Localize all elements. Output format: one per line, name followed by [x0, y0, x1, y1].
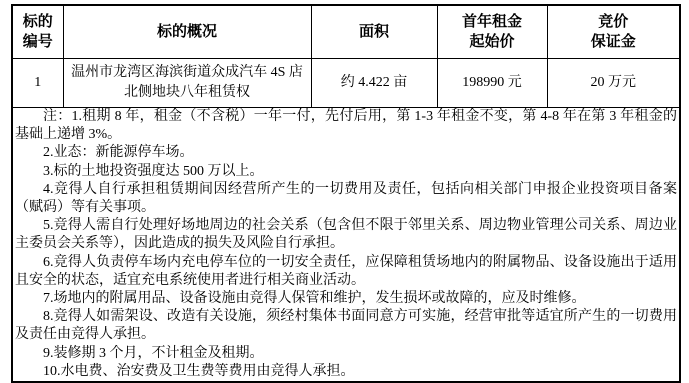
note-item-3: 3.标的土地投资强度达 500 万以上。 [15, 163, 677, 181]
col-header-first-year-rent-line1: 首年租金 [440, 12, 545, 32]
notes-row: 注：1.租期 8 年，租金（不含税）一年一付，先付后用，第 1-3 年租金不变，… [12, 108, 680, 383]
col-header-bid-deposit-line2: 保证金 [550, 32, 678, 52]
col-header-subject-id-line2: 编号 [15, 32, 61, 52]
col-header-area: 面积 [311, 5, 437, 59]
col-header-bid-deposit: 竞价 保证金 [547, 5, 680, 59]
note-item-5: 5.竞得人需自行处理好场地周边的社会关系（包含但不限于邻里关系、周边物业管理公司… [15, 217, 677, 253]
note-item-9: 9.装修期 3 个月，不计租金及租期。 [15, 345, 677, 363]
cell-area: 约 4.422 亩 [311, 59, 437, 108]
notes-section: 注：1.租期 8 年，租金（不含税）一年一付，先付后用，第 1-3 年租金不变，… [12, 108, 680, 383]
note-item-4: 4.竞得人自行承担租赁期间因经营所产生的一切费用及责任，包括向相关部门申报企业投… [15, 181, 677, 217]
cell-overview: 温州市龙湾区海滨街道众成汽车 4S 店 北侧地块八年租赁权 [63, 59, 311, 108]
col-header-first-year-rent-line2: 起始价 [440, 32, 545, 52]
cell-overview-line1: 温州市龙湾区海滨街道众成汽车 4S 店 [66, 63, 309, 83]
note-item-1: 注：1.租期 8 年，租金（不含税）一年一付，先付后用，第 1-3 年租金不变，… [15, 108, 677, 144]
table-row: 1 温州市龙湾区海滨街道众成汽车 4S 店 北侧地块八年租赁权 约 4.422 … [12, 59, 680, 108]
cell-bid-deposit: 20 万元 [547, 59, 680, 108]
col-header-overview: 标的概况 [63, 5, 311, 59]
col-header-subject-id-line1: 标的 [15, 12, 61, 32]
note-item-10: 10.水电费、治安费及卫生费等费用由竞得人承担。 [15, 363, 677, 381]
cell-first-year-rent: 198990 元 [437, 59, 547, 108]
col-header-bid-deposit-line1: 竞价 [550, 12, 678, 32]
col-header-first-year-rent: 首年租金 起始价 [437, 5, 547, 59]
cell-subject-id: 1 [12, 59, 63, 108]
notice-document: 标的 编号 标的概况 面积 首年租金 起始价 竞价 保证金 1 温州市龙湾区海滨… [11, 4, 679, 379]
table-header-row: 标的 编号 标的概况 面积 首年租金 起始价 竞价 保证金 [12, 5, 680, 59]
note-item-7: 7.场地内的附属用品、设备设施由竞得人保管和维护，发生损坏或故障的，应及时维修。 [15, 290, 677, 308]
cell-overview-line2: 北侧地块八年租赁权 [66, 83, 309, 103]
note-item-6: 6.竞得人负责停车场内充电停车位的一切安全责任，应保障租赁场地内的附属物品、设备… [15, 254, 677, 290]
note-item-8: 8.竞得人如需架设、改造有关设施，须经村集体书面同意方可实施，经营审批等适宜所产… [15, 308, 677, 344]
col-header-subject-id: 标的 编号 [12, 5, 63, 59]
note-item-2: 2.业态：新能源停车场。 [15, 144, 677, 162]
auction-notice-table: 标的 编号 标的概况 面积 首年租金 起始价 竞价 保证金 1 温州市龙湾区海滨… [11, 4, 681, 383]
